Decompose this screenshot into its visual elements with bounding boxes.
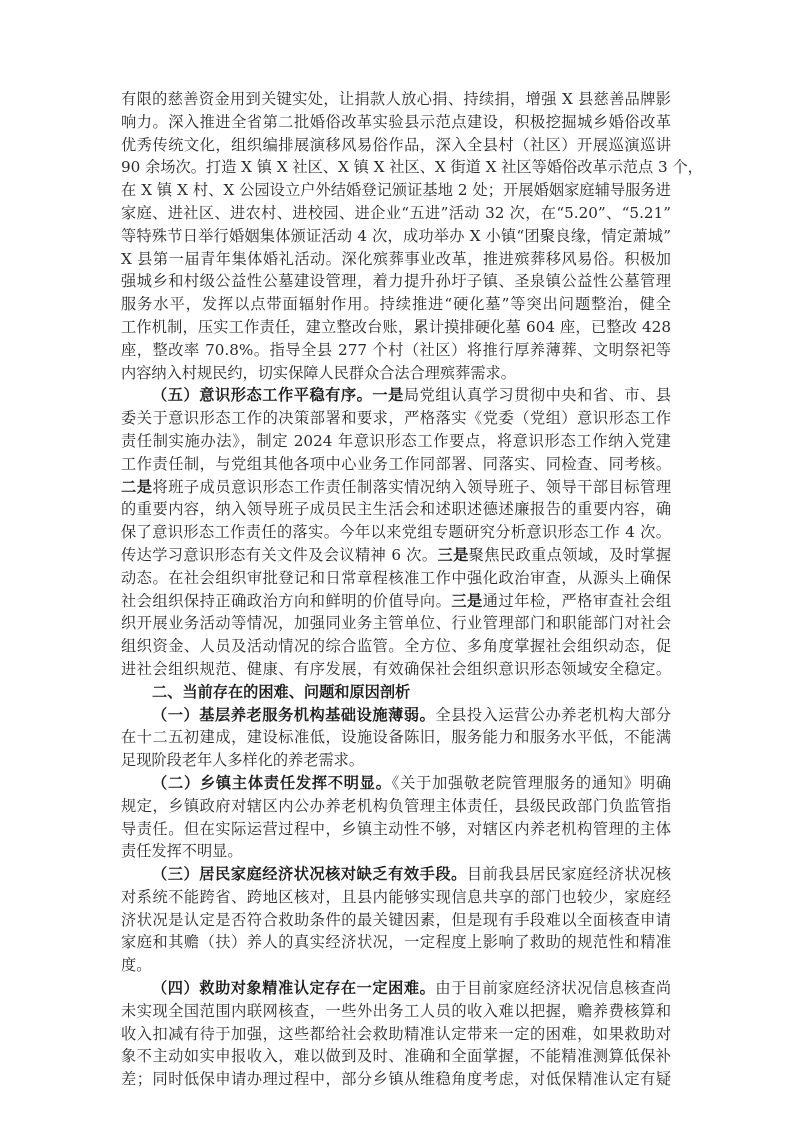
paragraph-assistance-identification: （四）救助对象精准认定存在一定困难。由于目前家庭经济状况信息核查尚 未实现全国范… (121, 977, 671, 1091)
subheading-three: （三）居民家庭经济状况核对缺乏有效手段。 (152, 865, 467, 883)
text-line: （一）基层养老服务机构基础设施薄弱。全县投入运营公办养老机构大部分 (121, 704, 671, 727)
document-page: 有限的慈善资金用到关键实处，让捐款人放心捐、持续捐，增强 X 县慈善品牌影 响力… (121, 88, 671, 1091)
text-line: 委关于意识形态工作的决策部署和要求，严格落实《党委（党组）意识形态工作 (121, 407, 671, 430)
point-label-two: 二是 (121, 478, 152, 496)
paragraph-marriage-funeral-reform: 有限的慈善资金用到关键实处，让捐款人放心捐、持续捐，增强 X 县慈善品牌影 响力… (121, 88, 671, 384)
text-line: 家庭和其赡（扶）养人的真实经济状况，一定程度上影响了救助的规范性和精准 (121, 931, 671, 954)
line-text: 局党组认真学习贯彻中央和省、市、县 (404, 386, 671, 404)
paragraph-township-responsibility: （二）乡镇主体责任发挥不明显。《关于加强敬老院管理服务的通知》明确 规定，乡镇政… (121, 772, 671, 863)
text-line: 组织资金、人员及活动情况的综合监管。全方位、多角度掌握社会组织动态，促 (121, 635, 671, 658)
text-line: （五）意识形态工作平稳有序。一是局党组认真学习贯彻中央和省、市、县 (121, 384, 671, 407)
line-text: 《关于加强敬老院管理服务的通知》明确 (392, 774, 671, 792)
point-label-three: 三是 (451, 592, 482, 610)
text-line: （四）救助对象精准认定存在一定困难。由于目前家庭经济状况信息核查尚 (121, 977, 671, 1000)
line-text: 聚焦民政重点领域，及时掌握 (469, 546, 671, 564)
subheading-two: （二）乡镇主体责任发挥不明显。 (152, 774, 392, 792)
text-line: 90 余场次。打造 X 镇 X 社区、X 镇 X 社区、X 街道 X 社区等婚俗… (121, 156, 671, 179)
text-line: 工作责任制，与党组其他各项中心业务工作同部署、同落实、同检查、同考核。 (121, 453, 671, 476)
line-text: 社会组织保持正确政治方向和鲜明的价值导向。 (121, 592, 451, 610)
text-line: 保了意识形态工作责任的落实。今年以来党组专题研究分析意识形态工作 4 次。 (121, 521, 671, 544)
paragraph-ideology-work: （五）意识形态工作平稳有序。一是局党组认真学习贯彻中央和省、市、县 委关于意识形… (121, 384, 671, 680)
text-line: 度。 (121, 954, 671, 977)
text-line: 强城乡和村级公益性公墓建设管理，着力提升孙圩子镇、圣泉镇公益性公墓管理 (121, 270, 671, 293)
text-line: 对系统不能跨省、跨地区核对，且县内能够实现信息共享的部门也较少，家庭经 (121, 886, 671, 909)
text-line: （二）乡镇主体责任发挥不明显。《关于加强敬老院管理服务的通知》明确 (121, 772, 671, 795)
line-text: 通过年检，严格审查社会组 (483, 592, 671, 610)
paragraph-economic-verification: （三）居民家庭经济状况核对缺乏有效手段。目前我县居民家庭经济状况核 对系统不能跨… (121, 863, 671, 977)
text-line: 座，整改率 70.8%。指导全县 277 个村（社区）将推行厚养薄葬、文明祭祀等 (121, 339, 671, 362)
text-line: 二是将班子成员意识形态工作责任制落实情况纳入领导班子、领导干部目标管理 (121, 476, 671, 499)
paragraph-elderly-facilities: （一）基层养老服务机构基础设施薄弱。全县投入运营公办养老机构大部分 在十二五初建… (121, 704, 671, 772)
text-line: 有限的慈善资金用到关键实处，让捐款人放心捐、持续捐，增强 X 县慈善品牌影 (121, 88, 671, 111)
text-line: 工作机制，压实工作责任，建立整改台账，累计摸排硬化墓 604 座，已整改 428 (121, 316, 671, 339)
text-line: 象不主动如实申报收入，难以做到及时、准确和全面掌握，不能精准测算低保补 (121, 1045, 671, 1068)
text-line: 进社会组织规范、健康、有序发展，有效确保社会组织意识形态领域安全稳定。 (121, 658, 671, 681)
subheading-five: （五）意识形态工作平稳有序。一是 (152, 386, 404, 404)
text-line: 织开展业务活动等情况，加强同业务主管单位、行业管理部门和职能部门对社会 (121, 612, 671, 635)
text-line: X 县第一届青年集体婚礼活动。深化殡葬事业改革，推进殡葬移风易俗。积极加 (121, 248, 671, 271)
line-text: 全县投入运营公办养老机构大部分 (435, 706, 671, 724)
text-line: 差；同时低保申请办理过程中，部分乡镇从维稳角度考虑，对低保精准认定有疑 (121, 1068, 671, 1091)
subheading-one: （一）基层养老服务机构基础设施薄弱。 (152, 706, 435, 724)
text-line: 足现阶段老年人多样化的养老需求。 (121, 749, 671, 772)
subheading-four: （四）救助对象精准认定存在一定困难。 (152, 979, 435, 997)
text-line: 优秀传统文化，组织编排展演移风易俗作品，深入全县村（社区）开展巡演巡讲 (121, 134, 671, 157)
text-line: 动态。在社会组织审批登记和日常章程核准工作中强化政治审查，从源头上确保 (121, 567, 671, 590)
text-line: 内容纳入村规民约，切实保障人民群众合法合理殡葬需求。 (121, 362, 671, 385)
text-line: 传达学习意识形态有关文件及会议精神 6 次。三是聚焦民政重点领域，及时掌握 (121, 544, 671, 567)
text-line: 济状况是认定是否符合救助条件的最关键因素，但是现有手段难以全面核查申请 (121, 909, 671, 932)
text-line: 未实现全国范围内联网核查，一些外出务工人员的收入难以把握，赡养费核算和 (121, 1000, 671, 1023)
line-text: 将班子成员意识形态工作责任制落实情况纳入领导班子、领导干部目标管理 (152, 478, 671, 496)
line-text: 由于目前家庭经济状况信息核查尚 (435, 979, 671, 997)
section-heading-problems: 二、当前存在的困难、问题和原因剖析 (121, 681, 671, 704)
line-text: 传达学习意识形态有关文件及会议精神 6 次。 (121, 546, 437, 564)
text-line: 责任发挥不明显。 (121, 840, 671, 863)
text-line: 响力。深入推进全省第二批婚俗改革实验县示范点建设，积极挖掘城乡婚俗改革 (121, 111, 671, 134)
text-line: （三）居民家庭经济状况核对缺乏有效手段。目前我县居民家庭经济状况核 (121, 863, 671, 886)
line-text: 目前我县居民家庭经济状况核 (467, 865, 671, 883)
text-line: 规定，乡镇政府对辖区内公办养老机构负管理主体责任，县级民政部门负监管指 (121, 795, 671, 818)
text-line: 家庭、进社区、进农村、进校园、进企业“五进”活动 32 次，在“5.20”、“5… (121, 202, 671, 225)
text-line: 在十二五初建成，建设标准低，设施设备陈旧，服务能力和服务水平低，不能满 (121, 726, 671, 749)
text-line: 社会组织保持正确政治方向和鲜明的价值导向。三是通过年检，严格审查社会组 (121, 590, 671, 613)
text-line: 导责任。但在实际运营过程中，乡镇主动性不够，对辖区内养老机构管理的主体 (121, 818, 671, 841)
text-line: 收入扣减有待于加强，这些都给社会救助精准认定带来一定的困难，如果救助对 (121, 1023, 671, 1046)
text-line: 等特殊节日举行婚姻集体颁证活动 4 次，成功举办 X 小镇“团聚良缘，情定萧城” (121, 225, 671, 248)
point-label-three: 三是 (437, 546, 468, 564)
text-line: 责任制实施办法》，制定 2024 年意识形态工作要点，将意识形态工作纳入党建 (121, 430, 671, 453)
text-line: 的重要内容，纳入领导班子成员民主生活会和述职述德述廉报告的重要内容，确 (121, 498, 671, 521)
text-line: 在 X 镇 X 村、X 公园设立户外结婚登记颁证基地 2 处；开展婚姻家庭辅导服… (121, 179, 671, 202)
text-line: 服务水平，发挥以点带面辐射作用。持续推进“硬化墓”等突出问题整治，健全 (121, 293, 671, 316)
